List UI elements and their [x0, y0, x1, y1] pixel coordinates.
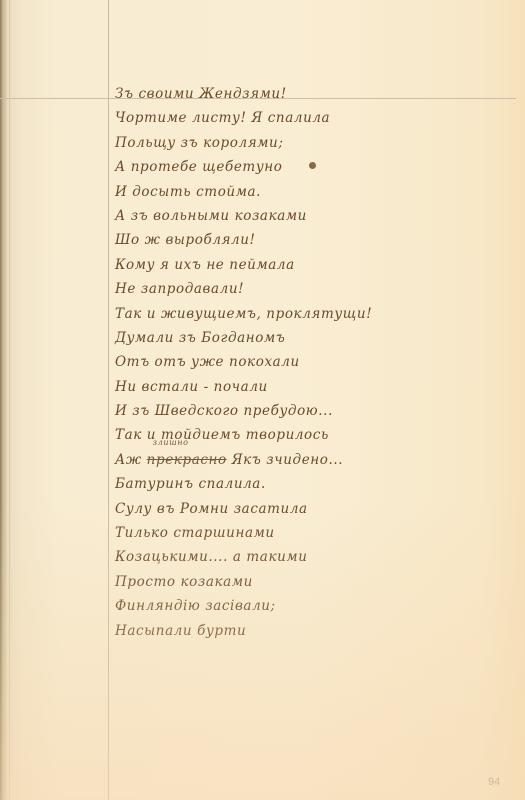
manuscript-line-20: Козацькими.... а такими: [115, 545, 495, 569]
manuscript-line-22: Финляндію засівали;: [115, 594, 495, 618]
manuscript-line-7: Шо ж выробляли!: [115, 228, 495, 252]
manuscript-line-19: Тилько старшинами: [115, 521, 495, 545]
manuscript-line-14: И зъ Шведского пребудою...: [115, 399, 495, 423]
manuscript-line-10: Так и живущиемъ, проклятущи!: [115, 302, 495, 326]
manuscript-line-correction: Аж злишнопрекрасно Якъ зчидено...: [115, 448, 495, 472]
handwritten-text-block: Зъ своими Жендзями! Чортиме листу! Я спа…: [115, 82, 495, 643]
correction-prefix: Аж: [115, 452, 147, 468]
manuscript-line-18: Сулу въ Ромни засатила: [115, 497, 495, 521]
struck-word: прекрасно: [147, 452, 227, 468]
manuscript-page: Зъ своими Жендзями! Чортиме листу! Я спа…: [0, 0, 525, 800]
manuscript-line-1: Зъ своими Жендзями!: [115, 82, 495, 106]
correction-group: злишнопрекрасно: [147, 448, 227, 472]
margin-rule-line: [108, 0, 109, 800]
manuscript-line-11: Думали зъ Богданомъ: [115, 326, 495, 350]
inserted-word: злишно: [153, 439, 189, 447]
manuscript-line-9: Не запродавали!: [115, 277, 495, 301]
manuscript-line-17: Батуринъ спалила.: [115, 472, 495, 496]
manuscript-line-12: Отъ отъ уже покохали: [115, 350, 495, 374]
manuscript-line-2: Чортиме листу! Я спалила: [115, 106, 495, 130]
manuscript-line-3: Польщу зъ королями;: [115, 131, 495, 155]
outer-margin-line: [9, 0, 10, 800]
manuscript-line-13: Ни встали - почали: [115, 375, 495, 399]
manuscript-line-6: А зъ вольными козаками: [115, 204, 495, 228]
page-number: 94: [488, 776, 500, 788]
book-binding-edge: [0, 0, 7, 800]
manuscript-line-4: А протебе щебетуно: [115, 155, 495, 179]
manuscript-line-21: Просто козаками: [115, 570, 495, 594]
manuscript-line-23: Насыпали бурти: [115, 619, 495, 643]
correction-suffix: Якъ зчидено...: [227, 452, 343, 468]
manuscript-line-8: Кому я ихъ не пеймала: [115, 253, 495, 277]
manuscript-line-5: И досыть стойма.: [115, 180, 495, 204]
